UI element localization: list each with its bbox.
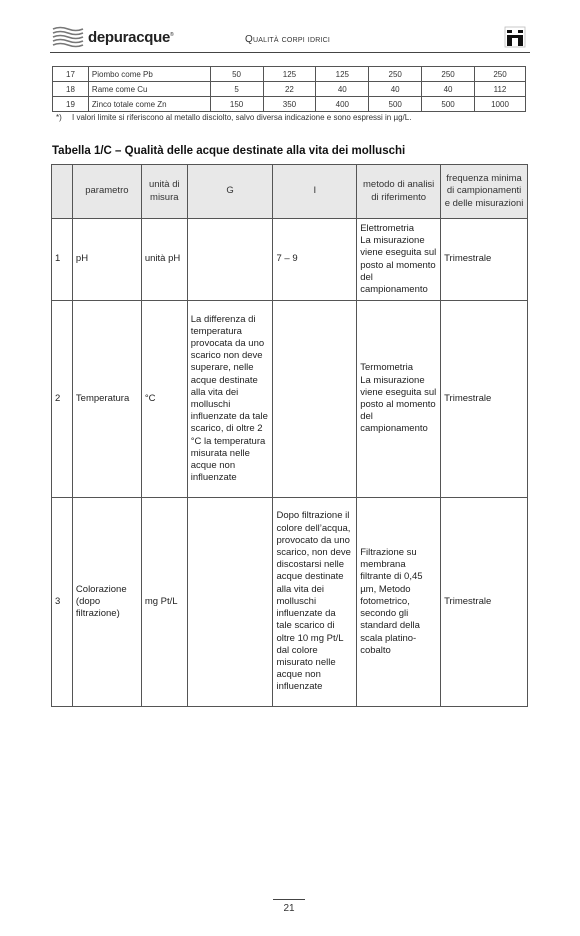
- header-num: [52, 165, 73, 219]
- header-metodo: metodo di analisi di riferimento: [357, 165, 441, 219]
- row-num: 2: [52, 301, 73, 498]
- row-num: 18: [53, 82, 89, 97]
- row-parametro: Temperatura: [72, 301, 141, 498]
- page-header: depuracque® Qualità corpi idrici: [50, 24, 530, 53]
- row-value: 22: [263, 82, 316, 97]
- row-value: 50: [210, 67, 263, 82]
- row-metodo: TermometriaLa misurazione viene eseguita…: [357, 301, 441, 498]
- brand-logo: depuracque®: [52, 26, 173, 48]
- row-g: [187, 219, 273, 301]
- row-unita: °C: [141, 301, 187, 498]
- row-frequenza: Trimestrale: [441, 219, 528, 301]
- page-number: 21: [273, 903, 305, 914]
- header-i: I: [273, 165, 357, 219]
- row-i: [273, 301, 357, 498]
- molluschi-quality-table: parametro unità di misura G I metodo di …: [51, 164, 528, 707]
- table-row: 3 Colorazione (dopo filtrazione) mg Pt/L…: [52, 498, 528, 707]
- header-unita: unità di misura: [141, 165, 187, 219]
- row-value: 1000: [475, 97, 526, 112]
- row-num: 1: [52, 219, 73, 301]
- row-value: 400: [316, 97, 369, 112]
- row-value: 125: [316, 67, 369, 82]
- table-row: 19Zinco totale come Zn150350400500500100…: [53, 97, 526, 112]
- row-value: 500: [369, 97, 422, 112]
- row-num: 19: [53, 97, 89, 112]
- row-i: Dopo filtrazione il colore dell’acqua, p…: [273, 498, 357, 707]
- metals-table: 17Piombo come Pb5012512525025025018Rame …: [52, 66, 526, 112]
- header-title: Qualità corpi idrici: [245, 34, 330, 45]
- row-g: [187, 498, 273, 707]
- table-row: 2 Temperatura °C La differenza di temper…: [52, 301, 528, 498]
- row-value: 40: [316, 82, 369, 97]
- table-row: 17Piombo come Pb50125125250250250: [53, 67, 526, 82]
- row-value: 350: [263, 97, 316, 112]
- row-g: La differenza di temperatura provocata d…: [187, 301, 273, 498]
- row-name: Piombo come Pb: [88, 67, 210, 82]
- row-name: Zinco totale come Zn: [88, 97, 210, 112]
- row-num: 3: [52, 498, 73, 707]
- row-i: 7 – 9: [273, 219, 357, 301]
- row-metodo: ElettrometriaLa misurazione viene esegui…: [357, 219, 441, 301]
- row-value: 40: [369, 82, 422, 97]
- header-parametro: parametro: [72, 165, 141, 219]
- row-name: Rame come Cu: [88, 82, 210, 97]
- row-unita: mg Pt/L: [141, 498, 187, 707]
- row-value: 40: [422, 82, 475, 97]
- header-g: G: [187, 165, 273, 219]
- row-value: 125: [263, 67, 316, 82]
- row-value: 5: [210, 82, 263, 97]
- row-frequenza: Trimestrale: [441, 301, 528, 498]
- waves-logo-icon: [52, 26, 84, 48]
- row-parametro: pH: [72, 219, 141, 301]
- row-num: 17: [53, 67, 89, 82]
- table-row: 18Rame come Cu522404040112: [53, 82, 526, 97]
- row-unita: unità pH: [141, 219, 187, 301]
- table-row: 1 pH unità pH 7 – 9 ElettrometriaLa misu…: [52, 219, 528, 301]
- table-header-row: parametro unità di misura G I metodo di …: [52, 165, 528, 219]
- row-value: 500: [422, 97, 475, 112]
- row-value: 250: [475, 67, 526, 82]
- row-value: 112: [475, 82, 526, 97]
- brand-name: depuracque®: [88, 29, 173, 46]
- row-frequenza: Trimestrale: [441, 498, 528, 707]
- row-value: 250: [422, 67, 475, 82]
- footnote: *)I valori limite si riferiscono al meta…: [56, 113, 411, 122]
- row-parametro: Colorazione (dopo filtrazione): [72, 498, 141, 707]
- row-metodo: Filtrazione su membrana filtrante di 0,4…: [357, 498, 441, 707]
- row-value: 250: [369, 67, 422, 82]
- header-frequenza: frequenza minima di campionamenti e dell…: [441, 165, 528, 219]
- h-badge-icon: [504, 26, 526, 48]
- row-value: 150: [210, 97, 263, 112]
- page-number-rule: [273, 899, 305, 900]
- table-title: Tabella 1/C – Qualità delle acque destin…: [52, 145, 405, 157]
